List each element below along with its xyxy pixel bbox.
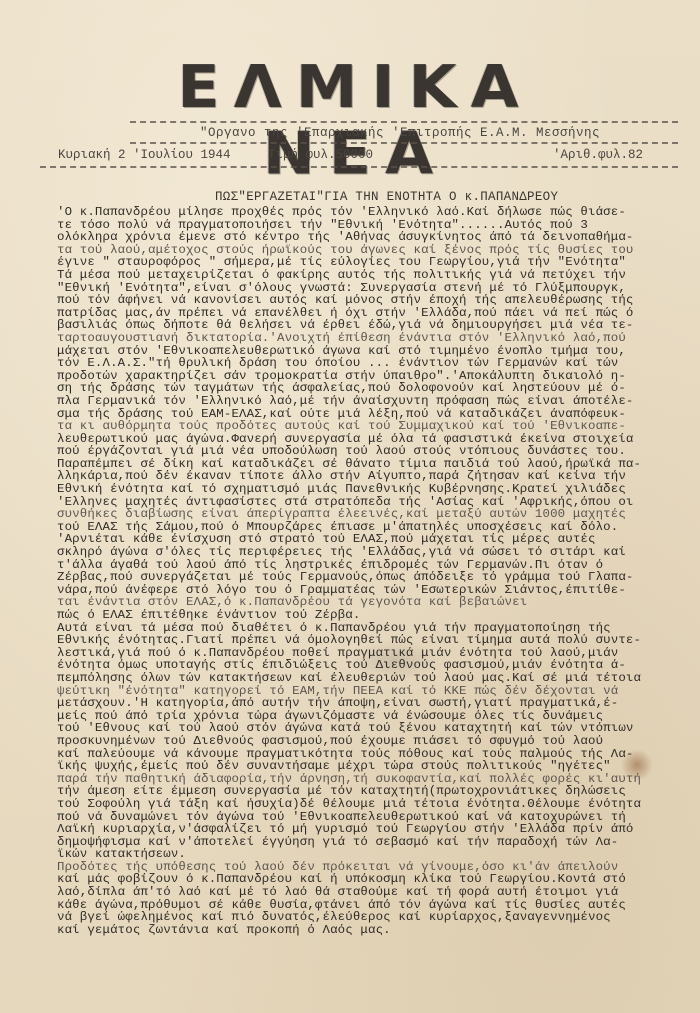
article-line: λαό,δίπλα άπ'τό λαό καί μέ τό λαό θά στα… xyxy=(57,886,682,899)
article-line: ταρτοαυγουστιανή δικτατορία.'Ανοιχτή έπί… xyxy=(57,332,682,345)
article-line: πού νά δυναμώνει τόν άγώνα τού 'Εθνικοαπ… xyxy=(57,811,682,824)
article-line: τού ΕΛΑΣ τής Σάμου,πού ό Μπουρζάρες έπια… xyxy=(57,521,682,534)
article-line: καί γεμάτος ζωντάνια καί προκοπή ό Λαός … xyxy=(57,924,682,937)
article-line: 'Ελληνες μαχητές άντιφασίστες στά στρατό… xyxy=(57,496,682,509)
article-line: τήν άμεση είτε έμμεση συνεργασία μέ τόν … xyxy=(57,785,682,798)
article-line: 'Ο κ.Παπανδρέου μίλησε προχθές πρός τόν … xyxy=(57,206,682,219)
article-line: πεμπόλησης όλων τών κατακτήσεων καί έλευ… xyxy=(57,672,682,685)
article-line: τού 'Εθνους καί τού λαού στόν άγώνα κατά… xyxy=(57,722,682,735)
article-line: ϊκής ψυχής,έμείς πού δέν συναντήσαμε μέχ… xyxy=(57,760,682,773)
article-line: βασιλιάς όπως δήποτε θά θελήσει νά έρθει… xyxy=(57,319,682,332)
article-line: τε τόσο πολύ νά πραγματοποιήσει τήν "Εθν… xyxy=(57,219,682,232)
article-line: σμα τής δράσης τού ΕΑΜ-ΕΛΑΣ,καί ούτε μιά… xyxy=(57,408,682,421)
article-line: έγινε " σταυροφόρος " σήμερα,μέ τίς εύλο… xyxy=(57,256,682,269)
article-line: Ζέρβας,πού συνεργάζεται μέ τούς Γερμανού… xyxy=(57,571,682,584)
issue-number: 'Αριθ.φυλ.82 xyxy=(553,148,643,162)
article-line: Εθνική ένότητα καί τό σχηματισμό μιάς Πα… xyxy=(57,483,682,496)
article-line: Αυτά είναι τά μέσα πού διαθέτει ό κ.Παπα… xyxy=(57,622,682,635)
article-line: παρά τήν παθητική άδιαφορία,τήν άρνηση,τ… xyxy=(57,773,682,786)
article-line: προσκυνημένων τού Διεθνούς φασισμού,πού … xyxy=(57,735,682,748)
article-body: 'Ο κ.Παπανδρέου μίλησε προχθές πρός τόν … xyxy=(57,206,682,936)
article-line: πού έργάζονται γιά μιά νέα υποδούλωση το… xyxy=(57,445,682,458)
article-line: πού τόν άφήνει νά κανονίσει αυτός καί μό… xyxy=(57,294,682,307)
article-line: σκληρό άγώνα σ'όλες τίς περιφέρειες τής … xyxy=(57,546,682,559)
article-title: ΠΩΣ"ΕΡΓΑΖΕΤΑΙ"ΓΙΑ ΤΗΝ ΕΝΟΤΗΤΑ Ο κ.ΠΑΠΑΝΔ… xyxy=(215,190,558,204)
article-line: ται ένάντια στόν ΕΛΑΣ,ό κ.Παπανδρέου τά … xyxy=(57,596,682,609)
article-line: τα κι αυθόρμητα τούς προδότες αυτούς καί… xyxy=(57,420,682,433)
issue-price: Τιμή φυλ.50000 xyxy=(268,148,373,162)
article-line: πώς ό ΕΛΑΣ έπιτέθηκε ένάντιον τού Ζέρβα. xyxy=(57,609,682,622)
article-line: πατρίδας μας,άν πρέπει νά επανέλθει ή όχ… xyxy=(57,307,682,320)
article-line: προδοτών χαρακτηρίζει σάν τρομοκρατία στ… xyxy=(57,370,682,383)
article-line: δημοψήφισμα καί ν'άποτελεί έγγύηση γιά τ… xyxy=(57,836,682,849)
article-line: λεστικά,γιά πού ό κ.Παπανδρέου ποθεί πρα… xyxy=(57,647,682,660)
article-line: μείς πού άπό τρία χρόνια τώρα άγωνιζόμασ… xyxy=(57,710,682,723)
article-line: λληκάρια,πού δέν έκαναν τίποτε άλλο στήν… xyxy=(57,470,682,483)
masthead-subtitle: "Οργανο της 'Επαρχιακής 'Επιτροπής Ε.Α.Μ… xyxy=(200,126,600,140)
article-line: Λαϊκή κυριαρχία,ν'άσφαλίζει τό μή γυρισμ… xyxy=(57,823,682,836)
article-line: ένότητα όμως υποταγής στίς έπιδιώξεις το… xyxy=(57,659,682,672)
article-line: Τά μέσα πού μεταχειρίζεται ό φακίρης αυτ… xyxy=(57,269,682,282)
issue-date: Κυριακή 2 'Ιουλίου 1944 xyxy=(58,148,231,162)
article-line: τόν Ε.Λ.Α.Σ."τή θρυλική δράση του όποίου… xyxy=(57,357,682,370)
article-line: ση τής δράσης τών ταγμάτων τής άσφαλείας… xyxy=(57,382,682,395)
article-line: Εθνικής ένότητας.Γιατί πρέπει νά όμολογη… xyxy=(57,634,682,647)
article-line: Προδότες τής υπόθεσης τού λαού δέν πρόκε… xyxy=(57,861,682,874)
article-line: συνθήκες διαβίωσης είναι άπερίγραπτα έλε… xyxy=(57,508,682,521)
article-line: Παραπέμπει σέ δίκη καί καταδικάζει σέ θά… xyxy=(57,458,682,471)
article-line: ολόκληρα χρόνια έμενε στό κέντρο τής 'Αθ… xyxy=(57,231,682,244)
article-line: καί παλεύουμε νά κάνουμε πραγματικότητα … xyxy=(57,748,682,761)
article-line: πλα Γερμανικά τόν 'Ελληνικό λαό,μέ τήν ά… xyxy=(57,395,682,408)
article-line: ϊκών κατακτήσεων. xyxy=(57,848,682,861)
subtitle-divider xyxy=(130,142,678,144)
masthead-title: ΕΛΜΙΚΑ ΝΕΑ xyxy=(135,54,575,121)
masthead-divider xyxy=(130,121,678,123)
article-line: κάθε άγώνα,πρόθυμοι σέ κάθε θυσία,φτάνει… xyxy=(57,899,682,912)
dateline-divider xyxy=(40,166,678,168)
article-line: καί μάς φοβίζουν ό κ.Παπανδρέου καί ή υπ… xyxy=(57,873,682,886)
article-line: "Εθνική 'Ενότητα",είναι σ'όλους γνωστά: … xyxy=(57,282,682,295)
article-line: 'Αρνιέται κάθε ένίσχυση στό στρατό τού Ε… xyxy=(57,533,682,546)
article-line: τού Σοφούλη γιά τάξη καί ήσυχία)δέ θέλου… xyxy=(57,798,682,811)
article-line: τα τού λαού,αμέτοχος στούς ήρωϊκούς του … xyxy=(57,244,682,257)
article-line: μετάσχουν.'Η κατηγορία,άπό αυτήν τήν άπο… xyxy=(57,697,682,710)
article-line: νά βγεί ώφελημένος καί πιό δυνατός,έλεύθ… xyxy=(57,911,682,924)
article-line: μάχεται στόν 'Εθνικοαπελευθερωτικό άγωνα… xyxy=(57,345,682,358)
article-line: τ'άλλα άγαθά τού λαού άπό τίς ληστρικές … xyxy=(57,559,682,572)
article-line: λευθερωτικού μας άγώνα.Φανερή συνεργασία… xyxy=(57,433,682,446)
article-line: ψεύτικη "ένότητα" κατηγορεί τό ΕΑΜ,τήν Π… xyxy=(57,685,682,698)
article-line: νάρα,πού άνέφερε στό λόγο του ό Γραμματέ… xyxy=(57,584,682,597)
